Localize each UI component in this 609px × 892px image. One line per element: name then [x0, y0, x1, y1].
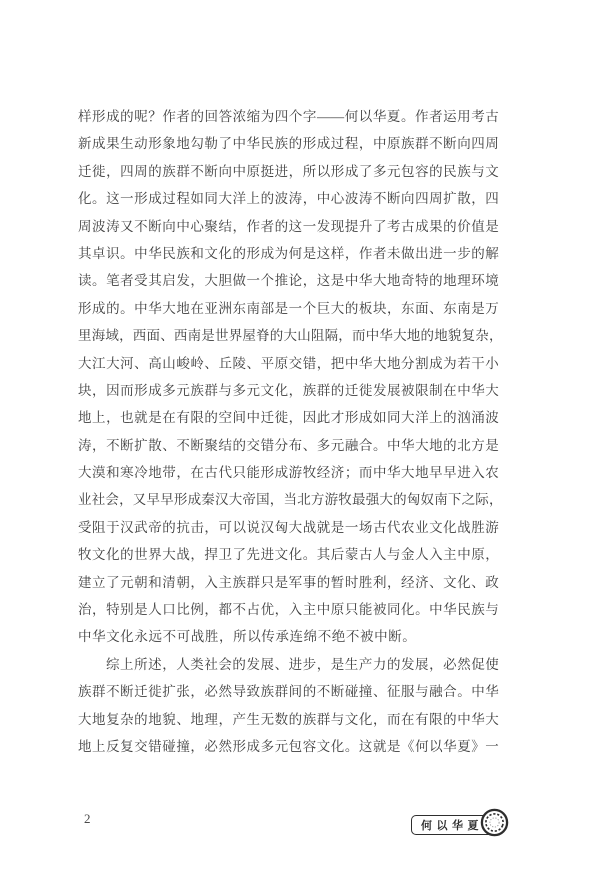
footer-ornament: 何以华夏	[411, 806, 521, 840]
body-text: 样形成的呢？作者的回答浓缩为四个字——何以华夏。作者运用考古新成果生动形象地勾勒…	[78, 103, 499, 760]
text-line: 族群不断迁徙扩张，必然导致族群间的不断碰撞、征服与融合。中华	[78, 678, 499, 705]
text-line: 中华文化永远不可战胜，所以传承连绵不绝不被中断。	[78, 623, 499, 650]
text-line: 大江大河、高山峻岭、丘陵、平原交错，把中华大地分割成为若干小	[78, 350, 499, 377]
text-line: 牧文化的世界大战，捍卫了先进文化。其后蒙古人与金人入主中原，	[78, 541, 499, 568]
text-line: 综上所述，人类社会的发展、进步，是生产力的发展，必然促使	[78, 651, 499, 678]
text-line: 大漠和寒冷地带，在古代只能形成游牧经济；而中华大地早早进入农	[78, 459, 499, 486]
publisher-seal-icon	[480, 808, 509, 837]
text-line: 地上反复交错碰撞，必然形成多元包容文化。这就是《何以华夏》一	[78, 733, 499, 760]
text-line: 读。笔者受其启发，大胆做一个推论，这是中华大地奇特的地理环境	[78, 267, 499, 294]
text-line: 样形成的呢？作者的回答浓缩为四个字——何以华夏。作者运用考古	[78, 103, 499, 130]
footer-book-title: 何以华夏	[421, 817, 483, 833]
footer-title-tab: 何以华夏	[411, 815, 490, 835]
text-line: 涛，不断扩散、不断聚结的交错分布、多元融合。中华大地的北方是	[78, 432, 499, 459]
text-line: 块，因而形成多元族群与多元文化，族群的迁徙发展被限制在中华大	[78, 377, 499, 404]
text-line: 新成果生动形象地勾勒了中华民族的形成过程，中原族群不断向四周	[78, 130, 499, 157]
text-line: 迁徙，四周的族群不断向中原挺进，所以形成了多元包容的民族与文	[78, 158, 499, 185]
page-number: 2	[84, 811, 91, 827]
book-page: 样形成的呢？作者的回答浓缩为四个字——何以华夏。作者运用考古新成果生动形象地勾勒…	[0, 0, 609, 892]
text-line: 受阻于汉武帝的抗击，可以说汉匈大战就是一场古代农业文化战胜游	[78, 514, 499, 541]
text-line: 地上，也就是在有限的空间中迁徙，因此才形成如同大洋上的汹涌波	[78, 404, 499, 431]
text-line: 形成的。中华大地在亚洲东南部是一个巨大的板块，东面、东南是万	[78, 295, 499, 322]
text-line: 其卓识。中华民族和文化的形成为何是这样，作者未做出进一步的解	[78, 240, 499, 267]
text-line: 业社会，又早早形成秦汉大帝国，当北方游牧最强大的匈奴南下之际，	[78, 486, 499, 513]
text-line: 建立了元朝和清朝，入主族群只是军事的暂时胜利，经济、文化、政	[78, 569, 499, 596]
text-line: 治，特别是人口比例，都不占优，入主中原只能被同化。中华民族与	[78, 596, 499, 623]
text-line: 大地复杂的地貌、地理，产生无数的族群与文化，而在有限的中华大	[78, 706, 499, 733]
text-line: 化。这一形成过程如同大洋上的波涛，中心波涛不断向四周扩散，四	[78, 185, 499, 212]
text-line: 里海域，西面、西南是世界屋脊的大山阻隔，而中华大地的地貌复杂，	[78, 322, 499, 349]
text-line: 周波涛又不断向中心聚结，作者的这一发现提升了考古成果的价值是	[78, 213, 499, 240]
